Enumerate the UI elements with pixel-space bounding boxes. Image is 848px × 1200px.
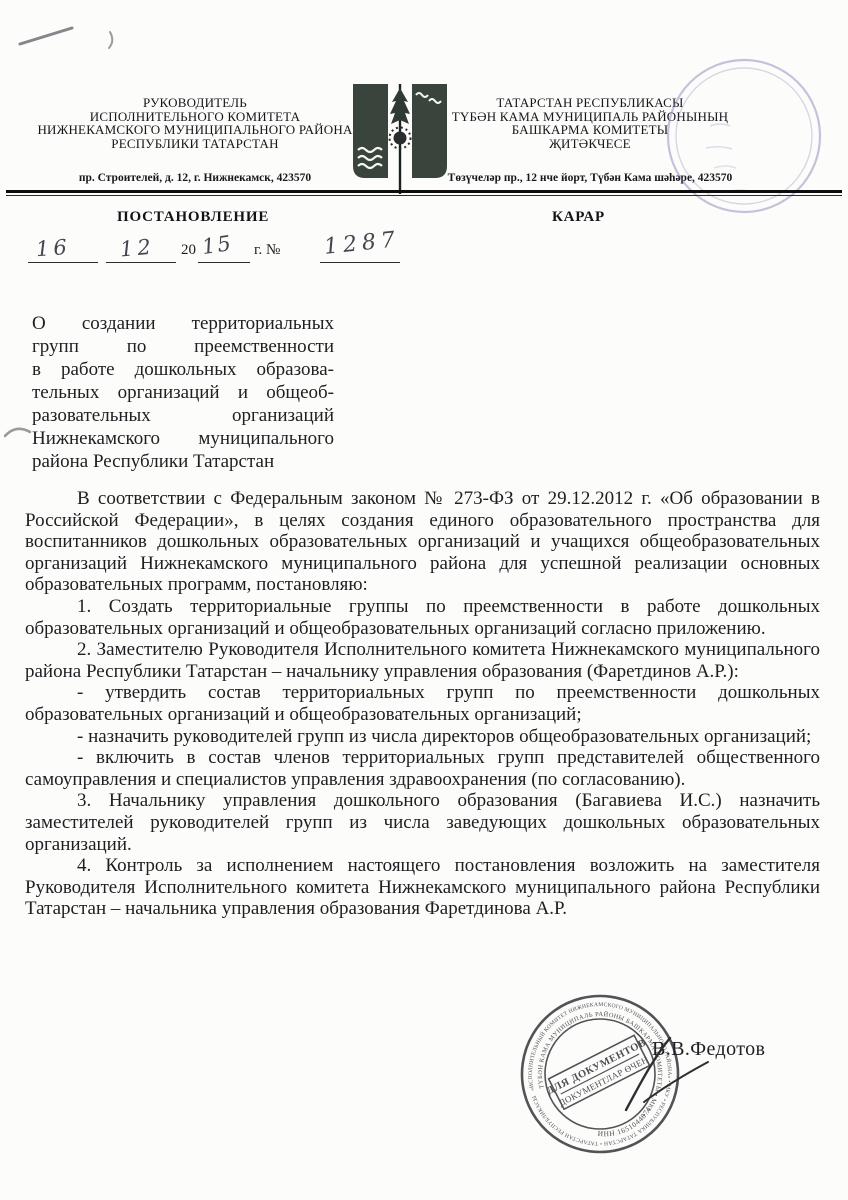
subject-line: разовательных организаций <box>32 404 334 427</box>
paragraph-preamble: В соответствии с Федеральным законом № 2… <box>25 488 820 596</box>
printed-year-prefix: 20 <box>181 242 196 259</box>
faint-approval-stamp <box>658 52 834 228</box>
issuer-line: РУКОВОДИТЕЛЬ <box>35 96 355 110</box>
subject-line: района Республики Татарстан <box>32 450 334 473</box>
handwritten-day: 16 <box>35 235 71 261</box>
subject-line: О создании территориальных <box>32 312 334 335</box>
date-blank-line <box>28 262 98 263</box>
issuer-address-russian: пр. Строителей, д. 12, г. Нижнекамск, 42… <box>35 172 355 184</box>
paragraph-item-3: 3. Начальнику управления дошкольного обр… <box>25 790 820 855</box>
paragraph-subitem: - включить в состав членов территориальн… <box>25 747 820 790</box>
date-blank-line <box>198 262 250 263</box>
handwritten-doc-number: 1287 <box>323 227 401 260</box>
paragraph-item-2: 2. Заместителю Руководителя Исполнительн… <box>25 639 820 682</box>
paragraph-item-4: 4. Контроль за исполнением настоящего по… <box>25 855 820 920</box>
paragraph-subitem: - назначить руководителей групп из числа… <box>25 726 820 748</box>
handwritten-month: 12 <box>119 235 156 262</box>
paragraph-subitem: - утвердить состав территориальных групп… <box>25 682 820 725</box>
scanned-decree-page: РУКОВОДИТЕЛЬ ИСПОЛНИТЕЛЬНОГО КОМИТЕТА НИ… <box>0 0 848 1200</box>
doc-type-russian: ПОСТАНОВЛЕНИЕ <box>117 209 269 226</box>
handwritten-signature-stroke <box>596 1018 746 1128</box>
decree-body: В соответствии с Федеральным законом № 2… <box>25 488 820 920</box>
letterhead-divider <box>6 190 842 193</box>
subject-line: в работе дошкольных образова- <box>32 358 334 381</box>
paragraph-item-1: 1. Создать территориальные группы по пре… <box>25 596 820 639</box>
number-blank-line <box>320 262 400 263</box>
doc-type-tatar: КАРАР <box>552 209 605 226</box>
handwritten-year-suffix: 15 <box>200 231 234 259</box>
subject-line: Нижнекамского муниципального <box>32 427 334 450</box>
subject-line: тельных организаций и общеоб- <box>32 381 334 404</box>
date-blank-line <box>106 262 176 263</box>
decree-subject: О создании территориальных групп по прее… <box>32 312 334 473</box>
issuer-title-russian: РУКОВОДИТЕЛЬ ИСПОЛНИТЕЛЬНОГО КОМИТЕТА НИ… <box>35 96 355 150</box>
letterhead-divider-thin <box>6 195 842 196</box>
issuer-line: НИЖНЕКАМСКОГО МУНИЦИПАЛЬНОГО РАЙОНА <box>35 123 355 137</box>
issuer-line: ИСПОЛНИТЕЛЬНОГО КОМИТЕТА <box>35 110 355 124</box>
subject-line: групп по преемственности <box>32 335 334 358</box>
issuer-line: РЕСПУБЛИКИ ТАТАРСТАН <box>35 137 355 151</box>
pen-mark <box>10 6 140 51</box>
number-label: г. № <box>254 242 280 259</box>
nizhnekamsk-coat-of-arms-icon <box>350 82 450 194</box>
